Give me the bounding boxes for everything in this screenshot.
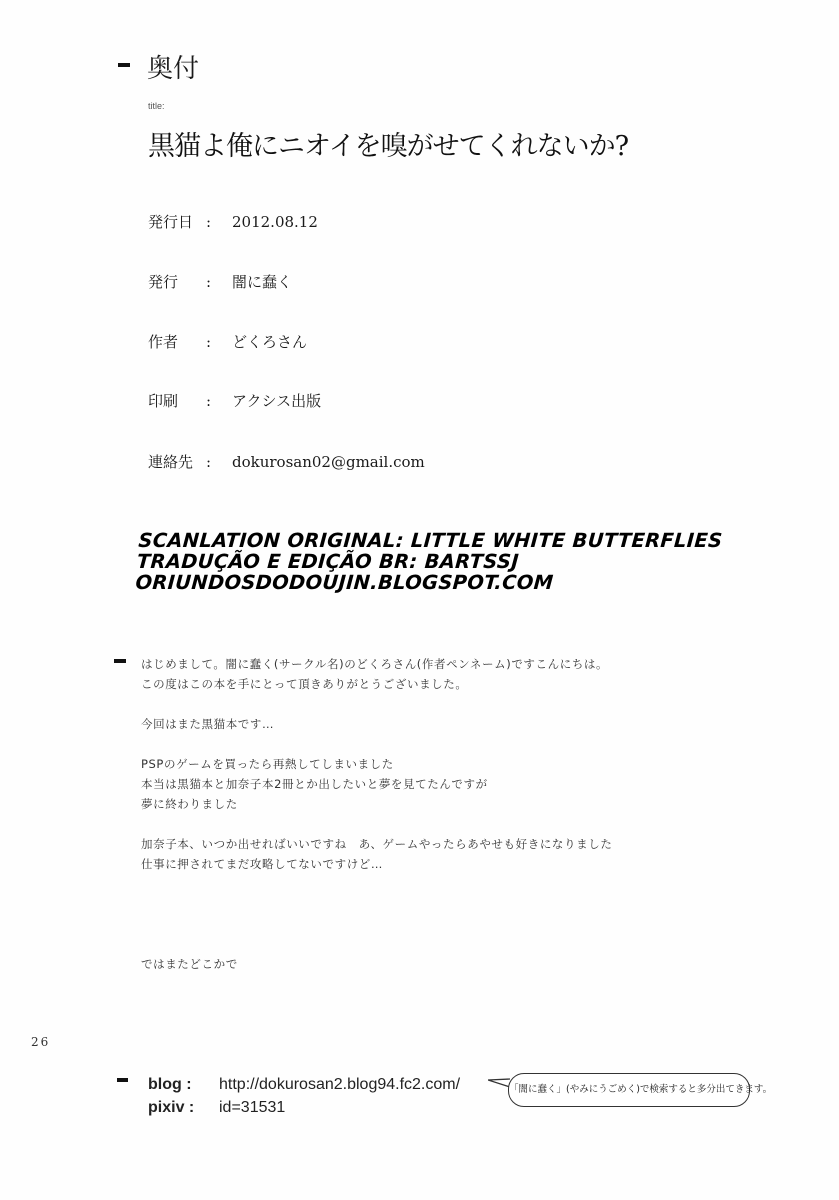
colophon-row-printer: 印刷:アクシス出版: [148, 390, 321, 411]
section-title: 奥付: [147, 48, 199, 85]
links-dash-marker: [117, 1078, 128, 1082]
afterword-line: 仕事に押されてまだ攻略してないですけど…: [141, 854, 612, 874]
colophon-row-contact: 連絡先:dokurosan02@gmail.com: [148, 451, 425, 472]
afterword-line: [141, 934, 612, 954]
afterword-line: [141, 694, 612, 714]
translation-credit: Tradução e edição BR: BartSSJ: [136, 551, 721, 572]
title-label: title:: [148, 101, 165, 111]
afterword-line: はじめまして。闇に蠢く(サークル名)のどくろさん(作者ペンネーム)ですこんにちは…: [141, 654, 612, 674]
author-links: blog :http://dokurosan2.blog94.fc2.com/ …: [148, 1073, 460, 1119]
colophon-row-publisher: 発行:闇に蠢く: [148, 271, 292, 292]
afterword-line: 今回はまた黒猫本です…: [141, 714, 612, 734]
colophon-sep: :: [206, 213, 232, 231]
pixiv-row: pixiv :id=31531: [148, 1096, 460, 1119]
afterword-line: 夢に終わりました: [141, 794, 612, 814]
afterword-line: PSPのゲームを買ったら再熱してしまいました: [141, 754, 612, 774]
pixiv-label: pixiv :: [148, 1096, 219, 1119]
scanlation-credits: Scanlation original: Little White Butter…: [135, 530, 723, 593]
blog-url-link[interactable]: http://dokurosan2.blog94.fc2.com/: [219, 1073, 460, 1096]
scanlation-site[interactable]: oriundosdodoujin.blogspot.com: [135, 572, 720, 593]
colophon-sep: :: [206, 273, 232, 291]
afterword-line: ではまたどこかで: [141, 954, 612, 974]
colophon-sep: :: [206, 333, 232, 351]
afterword-dash-marker: [114, 659, 126, 663]
colophon-row-author: 作者:どくろさん: [148, 331, 307, 352]
colophon-value: どくろさん: [232, 333, 307, 351]
blog-row: blog :http://dokurosan2.blog94.fc2.com/: [148, 1073, 460, 1096]
colophon-key: 印刷: [148, 390, 206, 411]
afterword-line: [141, 814, 612, 834]
colophon-key: 発行日: [148, 211, 206, 232]
scanlation-original: Scanlation original: Little White Butter…: [138, 530, 723, 551]
pixiv-id: id=31531: [219, 1096, 285, 1119]
afterword-line: [141, 914, 612, 934]
afterword-line: 本当は黒猫本と加奈子本2冊とか出したいと夢を見てたんですが: [141, 774, 612, 794]
colophon-value: 2012.08.12: [232, 213, 318, 231]
section-dash-marker: [118, 63, 130, 67]
colophon-key: 作者: [148, 331, 206, 352]
afterword-line: [141, 894, 612, 914]
afterword-line: [141, 734, 612, 754]
afterword-line: この度はこの本を手にとって頂きありがとうございました。: [141, 674, 612, 694]
colophon-value: アクシス出版: [232, 392, 321, 410]
colophon-value: 闇に蠢く: [232, 273, 292, 291]
colophon-email[interactable]: dokurosan02@gmail.com: [232, 453, 425, 471]
blog-label: blog :: [148, 1073, 219, 1096]
afterword-line: [141, 874, 612, 894]
speech-bubble: 「闇に蠢く」(やみにうごめく)で検索すると多分出てきます。: [508, 1073, 750, 1107]
colophon-sep: :: [206, 392, 232, 410]
colophon-key: 発行: [148, 271, 206, 292]
page-number: 26: [31, 1035, 50, 1049]
colophon-key: 連絡先: [148, 451, 206, 472]
colophon-row-date: 発行日:2012.08.12: [148, 211, 318, 232]
colophon-sep: :: [206, 453, 232, 471]
afterword-text: はじめまして。闇に蠢く(サークル名)のどくろさん(作者ペンネーム)ですこんにちは…: [141, 654, 612, 974]
afterword-line: 加奈子本、いつか出せればいいですね あ、ゲームやったらあやせも好きになりました: [141, 834, 612, 854]
book-title: 黒猫よ俺にニオイを嗅がせてくれないか?: [148, 124, 628, 163]
